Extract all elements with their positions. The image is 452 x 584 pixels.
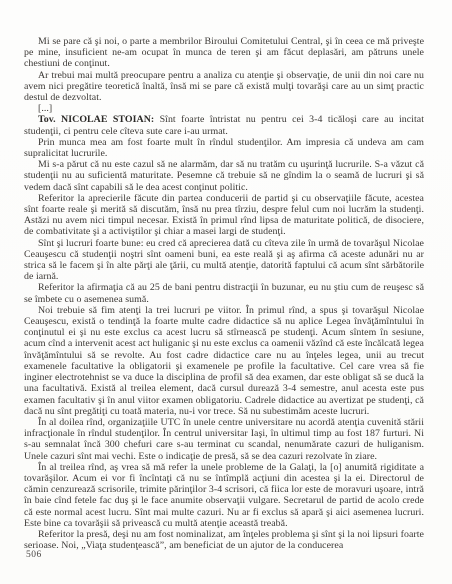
- speaker-name: Tov. NICOLAE STOIAN:: [38, 114, 154, 125]
- paragraph-good-things: Sînt şi lucruri foarte bune: eu cred că …: [24, 238, 424, 283]
- paragraph-second-point-utc: În al doilea rînd, organizaţiile UTC în …: [24, 417, 424, 462]
- paragraph-first-point-education-law: Noi trebuie să fim atenţi la trei lucrur…: [24, 305, 424, 417]
- page-number: 506: [26, 550, 42, 561]
- paragraph-intro-2: Ar trebui mai multă preocupare pentru a …: [24, 70, 424, 104]
- document-page: Mi se pare că şi noi, o parte a membrilo…: [0, 0, 452, 584]
- paragraph-speaker: Tov. NICOLAE STOIAN: Sînt foarte întrist…: [24, 114, 424, 136]
- paragraph-press: Referitor la presă, deşi nu am fost nomi…: [24, 529, 424, 551]
- paragraph-intro-1: Mi se pare că şi noi, o parte a membrilo…: [24, 36, 424, 70]
- paragraph-third-point-galati: În al treilea rînd, aş vrea să mă refer …: [24, 462, 424, 529]
- paragraph-party-appraisal: Referitor la aprecierile făcute din part…: [24, 193, 424, 238]
- ellipsis-omission-marker: [...]: [24, 103, 424, 114]
- paragraph-maturity: Mi s-a părut că nu este cazul să ne alar…: [24, 159, 424, 193]
- paragraph-students-work: Prin munca mea am fost foarte mult în rî…: [24, 137, 424, 159]
- paragraph-25-bani: Referitor la afirmaţia că au 25 de bani …: [24, 282, 424, 304]
- text-block: Mi se pare că şi noi, o parte a membrilo…: [24, 36, 424, 551]
